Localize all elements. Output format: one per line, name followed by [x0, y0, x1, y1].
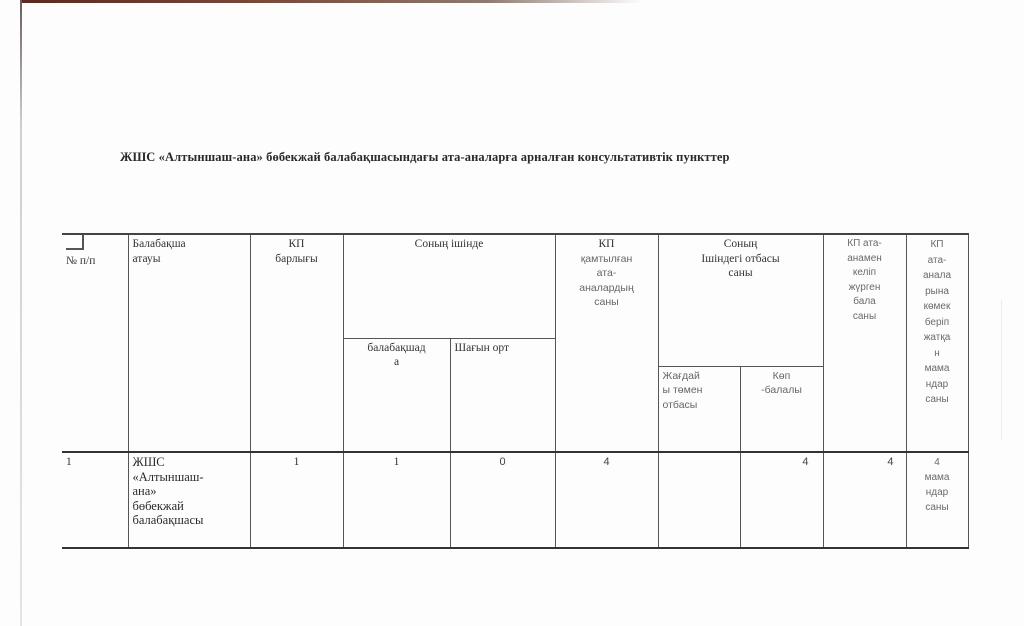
- header-kp-parents-line: қамтылған: [560, 252, 654, 267]
- header-kp-children: КП ата- анамен келіп жүрген бала саны: [823, 234, 906, 452]
- header-low-income-line: Жағдай: [663, 369, 736, 384]
- header-kp-specialists-line: беріп: [911, 315, 964, 331]
- header-kp-total-line: КП: [255, 237, 339, 252]
- header-large-families-line: Көп: [745, 369, 819, 384]
- header-families-line: саны: [663, 266, 819, 281]
- cell-small-center: 0: [450, 452, 555, 548]
- header-families-line: Ішіндегі отбасы: [663, 252, 819, 267]
- header-kp-children-line: КП ата-: [828, 237, 902, 252]
- header-kp-parents-line: ата-: [560, 266, 654, 281]
- header-small-center: Шағын орт: [450, 338, 555, 452]
- cell-name-line: «Алтыншаш-: [133, 470, 246, 485]
- header-kp-specialists-line: анала: [911, 268, 964, 284]
- header-kp-children-line: келіп: [828, 266, 902, 281]
- cell-kp-specialists-line: саны: [911, 500, 964, 515]
- header-low-income-line: ы төмен: [663, 383, 736, 398]
- header-kp-total-line: барлығы: [255, 252, 339, 267]
- header-in-kindergarten-line: балабақшад: [348, 341, 446, 356]
- header-name-line: Балабақша: [133, 237, 246, 252]
- header-low-income: Жағдай ы төмен отбасы: [658, 366, 740, 452]
- header-kp-specialists-line: жатқа: [911, 330, 964, 346]
- header-kp-specialists-line: саны: [911, 392, 964, 408]
- cell-name-line: ана»: [133, 484, 246, 499]
- header-kp-specialists-line: рына: [911, 284, 964, 300]
- header-num: № п/п: [62, 234, 128, 452]
- header-kp-children-line: жүрген: [828, 281, 902, 296]
- header-row-1: № п/п Балабақша атауы КП барлығы Соның і…: [62, 234, 968, 338]
- scanned-page: ЖШС «Алтыншаш-ана» бөбекжай балабақшасын…: [0, 0, 1024, 626]
- cell-low-income: [658, 452, 740, 548]
- scan-edge-left: [20, 0, 22, 626]
- scan-edge-right: [1001, 300, 1002, 440]
- table-row: 1 ЖШС «Алтыншаш- ана» бөбекжай балабақша…: [62, 452, 968, 548]
- header-large-families-line: -балалы: [745, 383, 819, 398]
- header-in-kindergarten-line: а: [348, 355, 446, 370]
- cell-name-line: балабақшасы: [133, 513, 246, 528]
- header-kp-parents-line: КП: [560, 237, 654, 252]
- header-kp-specialists-line: мама: [911, 361, 964, 377]
- header-kp-parents-line: саны: [560, 295, 654, 310]
- consultation-points-table: № п/п Балабақша атауы КП барлығы Соның і…: [62, 233, 969, 549]
- header-kp-specialists-line: н: [911, 346, 964, 362]
- header-in-kindergarten: балабақшад а: [343, 338, 450, 452]
- header-families: Соның Ішіндегі отбасы саны: [658, 234, 823, 366]
- cell-kp-total: 1: [250, 452, 343, 548]
- header-kp-parents: КП қамтылған ата- аналардың саны: [555, 234, 658, 452]
- header-kp-parents-line: аналардың: [560, 281, 654, 296]
- cell-name-line: ЖШС: [133, 455, 246, 470]
- header-kp-children-line: саны: [828, 310, 902, 325]
- cell-name-line: бөбекжай: [133, 499, 246, 514]
- header-kp-specialists-line: ата-: [911, 253, 964, 269]
- scan-edge-top: [22, 0, 642, 3]
- header-low-income-line: отбасы: [663, 398, 736, 413]
- document-title: ЖШС «Алтыншаш-ана» бөбекжай балабақшасын…: [120, 150, 940, 165]
- header-kp-specialists-line: КП: [911, 237, 964, 253]
- header-families-line: Соның: [663, 237, 819, 252]
- header-kp-children-line: анамен: [828, 252, 902, 267]
- cell-large-families: 4: [740, 452, 823, 548]
- cell-kp-children: 4: [823, 452, 906, 548]
- header-kp-specialists-line: ндар: [911, 377, 964, 393]
- cell-num: 1: [62, 452, 128, 548]
- cell-kp-specialists-line: 4: [911, 455, 964, 470]
- cell-kp-specialists-line: ндар: [911, 485, 964, 500]
- cell-kp-parents: 4: [555, 452, 658, 548]
- header-kp-specialists-line: көмек: [911, 299, 964, 315]
- header-of-which: Соның ішінде: [343, 234, 555, 338]
- cell-name: ЖШС «Алтыншаш- ана» бөбекжай балабақшасы: [128, 452, 250, 548]
- corner-mark-icon: [66, 235, 84, 250]
- header-kp-specialists: КП ата- анала рына көмек беріп жатқа н м…: [906, 234, 968, 452]
- cell-kp-specialists-line: мама: [911, 470, 964, 485]
- cell-kp-specialists: 4 мама ндар саны: [906, 452, 968, 548]
- header-name-line: атауы: [133, 252, 246, 267]
- header-kp-children-line: бала: [828, 295, 902, 310]
- header-large-families: Көп -балалы: [740, 366, 823, 452]
- header-name: Балабақша атауы: [128, 234, 250, 452]
- header-kp-total: КП барлығы: [250, 234, 343, 452]
- cell-in-kindergarten: 1: [343, 452, 450, 548]
